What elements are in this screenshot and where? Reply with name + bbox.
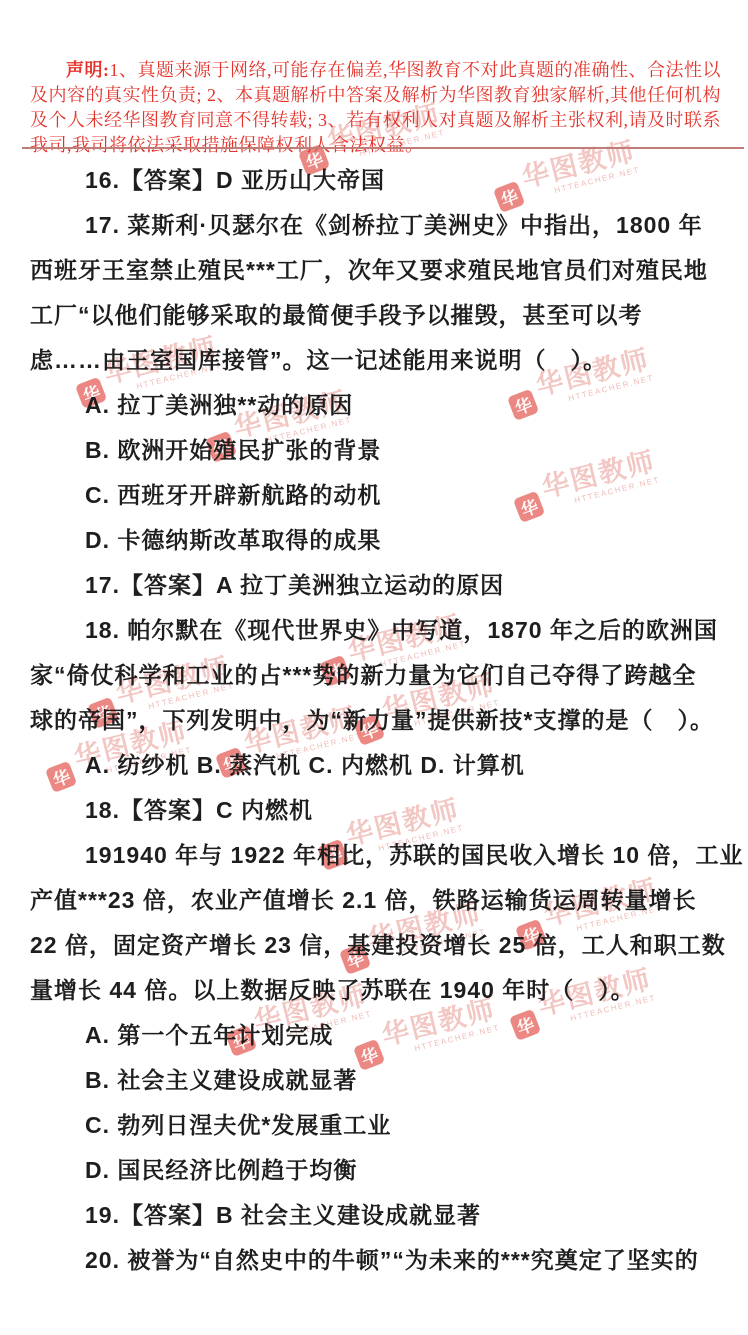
question-18-line1: 18. 帕尔默在《现代世界史》中写道，1870 年之后的欧洲国: [30, 608, 726, 653]
question-18-line2: 家“倚仗科学和工业的占***势的新力量为它们自己夺得了跨越全: [30, 653, 726, 698]
option-19-c: C. 勃列日涅夫优*发展重工业: [30, 1103, 726, 1148]
option-17-c: C. 西班牙开辟新航路的动机: [30, 473, 726, 518]
option-17-b: B. 欧洲开始殖民扩张的背景: [30, 428, 726, 473]
answer-18: 18.【答案】C 内燃机: [30, 788, 726, 833]
question-20-line1: 20. 被誉为“自然史中的牛顿”“为未来的***究奠定了坚实的: [30, 1238, 726, 1283]
options-18: A. 纺纱机 B. 蒸汽机 C. 内燃机 D. 计算机: [30, 743, 726, 788]
question-19-line4: 量增长 44 倍。以上数据反映了苏联在 1940 年时（ ）。: [30, 968, 726, 1013]
option-17-a: A. 拉丁美洲独**动的原因: [30, 383, 726, 428]
disclaimer-label: 声明:: [66, 60, 110, 80]
option-19-d: D. 国民经济比例趋于均衡: [30, 1148, 726, 1193]
question-17-line2: 西班牙王室禁止殖民***工厂，次年又要求殖民地官员们对殖民地: [30, 248, 726, 293]
answer-19: 19.【答案】B 社会主义建设成就显著: [30, 1193, 726, 1238]
option-19-a: A. 第一个五年计划完成: [30, 1013, 726, 1058]
disclaimer-divider: [22, 147, 744, 149]
question-19-line2: 产值***23 倍，农业产值增长 2.1 倍，铁路运输货运周转量增长: [30, 878, 726, 923]
question-17-line1: 17. 菜斯利·贝瑟尔在《剑桥拉丁美洲史》中指出，1800 年: [30, 203, 726, 248]
answer-17: 17.【答案】A 拉丁美洲独立运动的原因: [30, 563, 726, 608]
question-17-line4: 虑……由王室国库接管”。这一记述能用来说明（ ）。: [30, 338, 726, 383]
document-body: 16.【答案】D 亚历山大帝国 17. 菜斯利·贝瑟尔在《剑桥拉丁美洲史》中指出…: [30, 158, 726, 1283]
disclaimer-text: 声明:1、真题来源于网络,可能存在偏差,华图教育不对此真题的准确性、合法性以及内…: [30, 58, 724, 158]
question-17-line3: 工厂“以他们能够采取的最简便手段予以摧毁，甚至可以考: [30, 293, 726, 338]
document-page: 华华图教师HTTEACHER.NET华华图教师HTTEACHER.NET华华图教…: [0, 0, 748, 1335]
answer-16: 16.【答案】D 亚历山大帝国: [30, 158, 726, 203]
question-19-line1: 191940 年与 1922 年相比，苏联的国民收入增长 10 倍，工业: [30, 833, 726, 878]
option-19-b: B. 社会主义建设成就显著: [30, 1058, 726, 1103]
option-17-d: D. 卡德纳斯改革取得的成果: [30, 518, 726, 563]
disclaimer-body: 1、真题来源于网络,可能存在偏差,华图教育不对此真题的准确性、合法性以及内容的真…: [30, 60, 721, 155]
question-19-line3: 22 倍，固定资产增长 23 信，基建投资增长 25 倍，工人和职工数: [30, 923, 726, 968]
question-18-line3: 球的帝国”，下列发明中，为“新力量”提供新技*支撑的是（ ）。: [30, 698, 726, 743]
